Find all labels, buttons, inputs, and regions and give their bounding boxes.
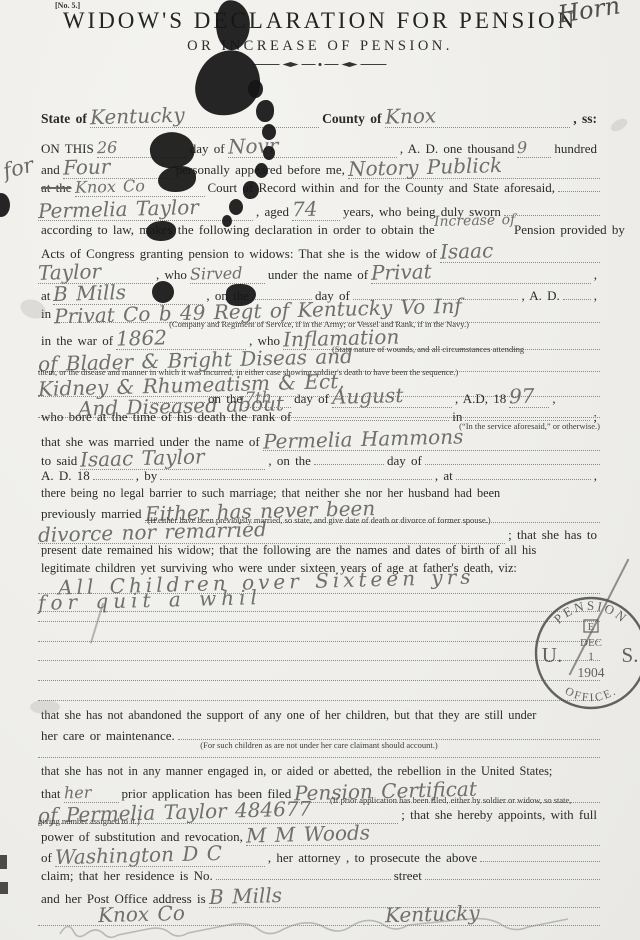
handwritten-entry: Isaac Taylor — [80, 448, 205, 467]
blank-field: Washington D C — [55, 847, 265, 867]
field-caption: (For such children as are not under her … — [200, 740, 437, 750]
stamp-left-letter: U. — [542, 643, 562, 667]
handwritten-scrawl — [55, 916, 575, 940]
blank-field — [425, 876, 600, 880]
ink-blot — [262, 124, 276, 140]
form-line: (For such children as are not under her … — [38, 740, 600, 750]
printed-text: , — [591, 267, 600, 283]
handwritten-entry: Taylor — [38, 263, 101, 281]
blank-field — [38, 618, 600, 622]
printed-text: in the war of — [38, 333, 116, 349]
blank-field — [93, 476, 133, 480]
printed-text: A. D. 18 — [38, 468, 93, 484]
stamp-right-letter: S. — [622, 643, 639, 667]
blank-field: 97 — [509, 388, 549, 408]
blank-field — [160, 476, 432, 480]
blank-field: for quit a whil — [38, 592, 600, 612]
printed-text: street — [391, 868, 425, 884]
handwritten-entry: 97 — [509, 388, 535, 405]
printed-text: , on the — [265, 453, 314, 469]
handwritten-entry: Permelia Taylor — [38, 199, 199, 219]
field-caption: giving number assigned to it.) — [38, 816, 140, 826]
county-field: Knox — [385, 108, 571, 128]
blank-field: Permelia Taylor — [38, 201, 253, 221]
handwritten-entry: B Mills — [208, 887, 281, 905]
stamp-date-year: 1904 — [578, 665, 605, 680]
blank-field — [38, 677, 600, 681]
blank-field — [216, 876, 391, 880]
stamp-arc-bottom: OFFICE. — [563, 685, 619, 704]
blank-field: 7th — [245, 391, 291, 408]
printed-text: , aged — [253, 204, 292, 220]
svg-text:OFFICE.: OFFICE. — [563, 685, 619, 704]
pension-office-stamp: PENSION OFFICE. U. S. E DEC 1 1904 — [532, 592, 640, 714]
ornament-diamond — [342, 62, 358, 67]
ornament-dot — [319, 63, 322, 66]
blank-field: M M Woods — [246, 826, 600, 846]
handwritten-entry: Washington D C — [55, 845, 222, 865]
blank-field: Isaac — [440, 243, 600, 263]
document-title: WIDOW'S DECLARATION FOR PENSION — [0, 8, 640, 34]
state-county-line: State of Kentucky County of Knox , ss: — [38, 108, 600, 128]
ink-blot — [222, 215, 232, 227]
handwritten-entry: August — [332, 387, 404, 405]
blank-field: divorce nor remarried — [38, 524, 505, 544]
ornament-line — [361, 64, 387, 65]
paper-smudge — [609, 116, 630, 134]
printed-text: at — [38, 288, 53, 304]
printed-text: hundred — [551, 141, 600, 157]
printed-text: and — [38, 162, 63, 178]
blank-field — [504, 212, 600, 216]
printed-text: under the name of — [265, 267, 371, 283]
printed-text: , her attorney , to prosecute the above — [265, 850, 480, 866]
handwritten-entry: Isaac — [439, 242, 493, 259]
handwritten-county: Knox — [384, 107, 436, 124]
blank-field — [38, 697, 600, 701]
printed-text: ; that she has to — [505, 527, 600, 543]
state-label: State of — [38, 111, 90, 127]
blank-field: Novr — [228, 138, 397, 158]
handwritten-entry: B Mills — [53, 284, 126, 302]
printed-text: , by — [133, 468, 161, 484]
printed-text: day of — [384, 453, 425, 469]
ink-blot — [263, 146, 275, 160]
paper-smudge — [30, 700, 60, 714]
blank-field — [150, 399, 205, 403]
ink-blot — [256, 100, 274, 122]
ink-blot — [0, 193, 10, 217]
printed-text: to said — [38, 453, 80, 469]
printed-text: present date remained his widow; that th… — [38, 543, 539, 558]
ornament-diamond — [283, 62, 299, 67]
handwritten-insertion: Increase of — [434, 215, 516, 228]
ss-abbrev: , ss: — [570, 111, 600, 127]
handwritten-state: Kentucky — [90, 107, 185, 125]
blank-rule — [38, 618, 600, 622]
form-line: Permelia Taylor , aged 74 years, who bei… — [38, 201, 600, 221]
blank-field: Notory Publick — [348, 159, 600, 179]
blank-field — [314, 461, 384, 465]
state-field: Kentucky — [90, 108, 319, 128]
handwritten-margin-note: for — [1, 153, 36, 184]
printed-text: , — [549, 391, 558, 407]
ink-blot — [152, 281, 174, 303]
blank-field: Permelia Hammons — [263, 431, 600, 451]
ink-blot — [255, 163, 268, 178]
blank-field: her — [64, 786, 119, 803]
ink-blot — [248, 80, 263, 98]
form-line: that she has not in any manner engaged i… — [38, 764, 600, 779]
form-line: A. D. 18 , by , at , — [38, 468, 600, 484]
blank-field — [38, 638, 600, 642]
printed-text: , — [591, 468, 600, 484]
blank-field — [563, 296, 591, 300]
ornament-line — [302, 64, 316, 65]
handwritten-entry: for quit a whil — [38, 589, 262, 611]
document-subtitle: OR INCREASE OF PENSION. — [0, 38, 640, 55]
ornament-line — [254, 64, 280, 65]
blank-rule — [38, 677, 600, 681]
stamp-date-day: 1 — [588, 649, 594, 663]
form-line: according to law, makes the following de… — [38, 222, 600, 238]
handwritten-entry: M M Woods — [246, 824, 370, 843]
printed-text: according to law, makes the following de… — [38, 222, 438, 238]
county-label: County of — [319, 111, 384, 127]
handwritten-entry: 9 — [517, 142, 528, 155]
handwritten-entry: 1862 — [116, 329, 167, 346]
printed-text-struck: at the — [38, 180, 75, 196]
blank-field: 9 — [517, 141, 551, 158]
form-line: on the 7th day of August , A.D, 18 97 , — [150, 388, 600, 408]
form-line: to said Isaac Taylor , on the day of — [38, 450, 600, 470]
ink-blot — [0, 882, 8, 894]
ink-blot — [0, 855, 7, 869]
form-line: divorce nor remarried ; that she has to — [38, 524, 600, 544]
printed-text: claim; that her residence is No. — [38, 868, 216, 884]
blank-rule — [38, 697, 600, 701]
document-page: [No. 5.] WIDOW'S DECLARATION FOR PENSION… — [0, 0, 640, 940]
handwritten-entry: 74 — [292, 201, 318, 218]
blank-field: Privat — [371, 264, 591, 284]
ornament-line — [325, 64, 339, 65]
form-line: ON THIS 26 day of Novr , A. D. one thous… — [38, 138, 600, 158]
ink-blot — [229, 199, 243, 215]
blank-field: Isaac Taylor — [80, 450, 265, 470]
handwritten-entry: 7th — [245, 392, 272, 405]
handwritten-entry: 26 — [97, 142, 118, 155]
blank-field — [38, 657, 600, 661]
blank-field: August — [332, 388, 452, 408]
blank-field — [558, 188, 600, 192]
blank-field: Sirved — [190, 267, 265, 284]
blank-field — [425, 461, 600, 465]
printed-text: , A.D, 18 — [452, 391, 509, 407]
blank-rule — [38, 657, 600, 661]
handwritten-entry: Notory Publick — [348, 157, 502, 177]
handwritten-entry: Permelia Hammons — [263, 428, 464, 449]
form-line: Acts of Congress granting pension to wid… — [38, 243, 600, 263]
section-divider — [38, 754, 600, 758]
printed-text: , A. D. — [518, 288, 562, 304]
form-line: at the Knox Co Court of Record within an… — [38, 180, 600, 197]
ink-blot — [146, 221, 176, 241]
handwritten-entry: Sirved — [190, 267, 243, 281]
blank-field — [38, 754, 600, 758]
blank-field — [456, 476, 591, 480]
handwritten-entry: her — [63, 787, 91, 801]
printed-text: that she has not abandoned the support o… — [38, 708, 539, 723]
printed-text: , — [591, 288, 600, 304]
printed-text: , at — [432, 468, 456, 484]
blank-field: 74 — [292, 201, 340, 221]
printed-text: day of — [291, 391, 332, 407]
form-line: present date remained his widow; that th… — [38, 543, 600, 558]
blank-field — [480, 858, 600, 862]
printed-text: Pension provided by — [511, 222, 628, 238]
form-line: claim; that her residence is No. street — [38, 868, 600, 884]
form-line: for quit a whil — [38, 592, 600, 612]
field-caption: (“In the service aforesaid,” or otherwis… — [459, 421, 600, 431]
printed-text: that — [38, 786, 64, 802]
handwritten-entry: divorce nor remarried — [38, 521, 267, 543]
form-line: of Washington D C , her attorney , to pr… — [38, 847, 600, 867]
handwritten-entry: Privat — [371, 263, 432, 281]
printed-text: of — [38, 850, 55, 866]
printed-text: on the — [205, 391, 245, 407]
printed-text: that she has not in any manner engaged i… — [38, 764, 555, 779]
blank-rule — [38, 638, 600, 642]
ornament-divider — [254, 62, 387, 67]
form-line: that she has not abandoned the support o… — [38, 708, 600, 723]
handwritten-entry: Knox Co — [74, 180, 144, 195]
handwritten-entry: Four — [63, 158, 111, 175]
